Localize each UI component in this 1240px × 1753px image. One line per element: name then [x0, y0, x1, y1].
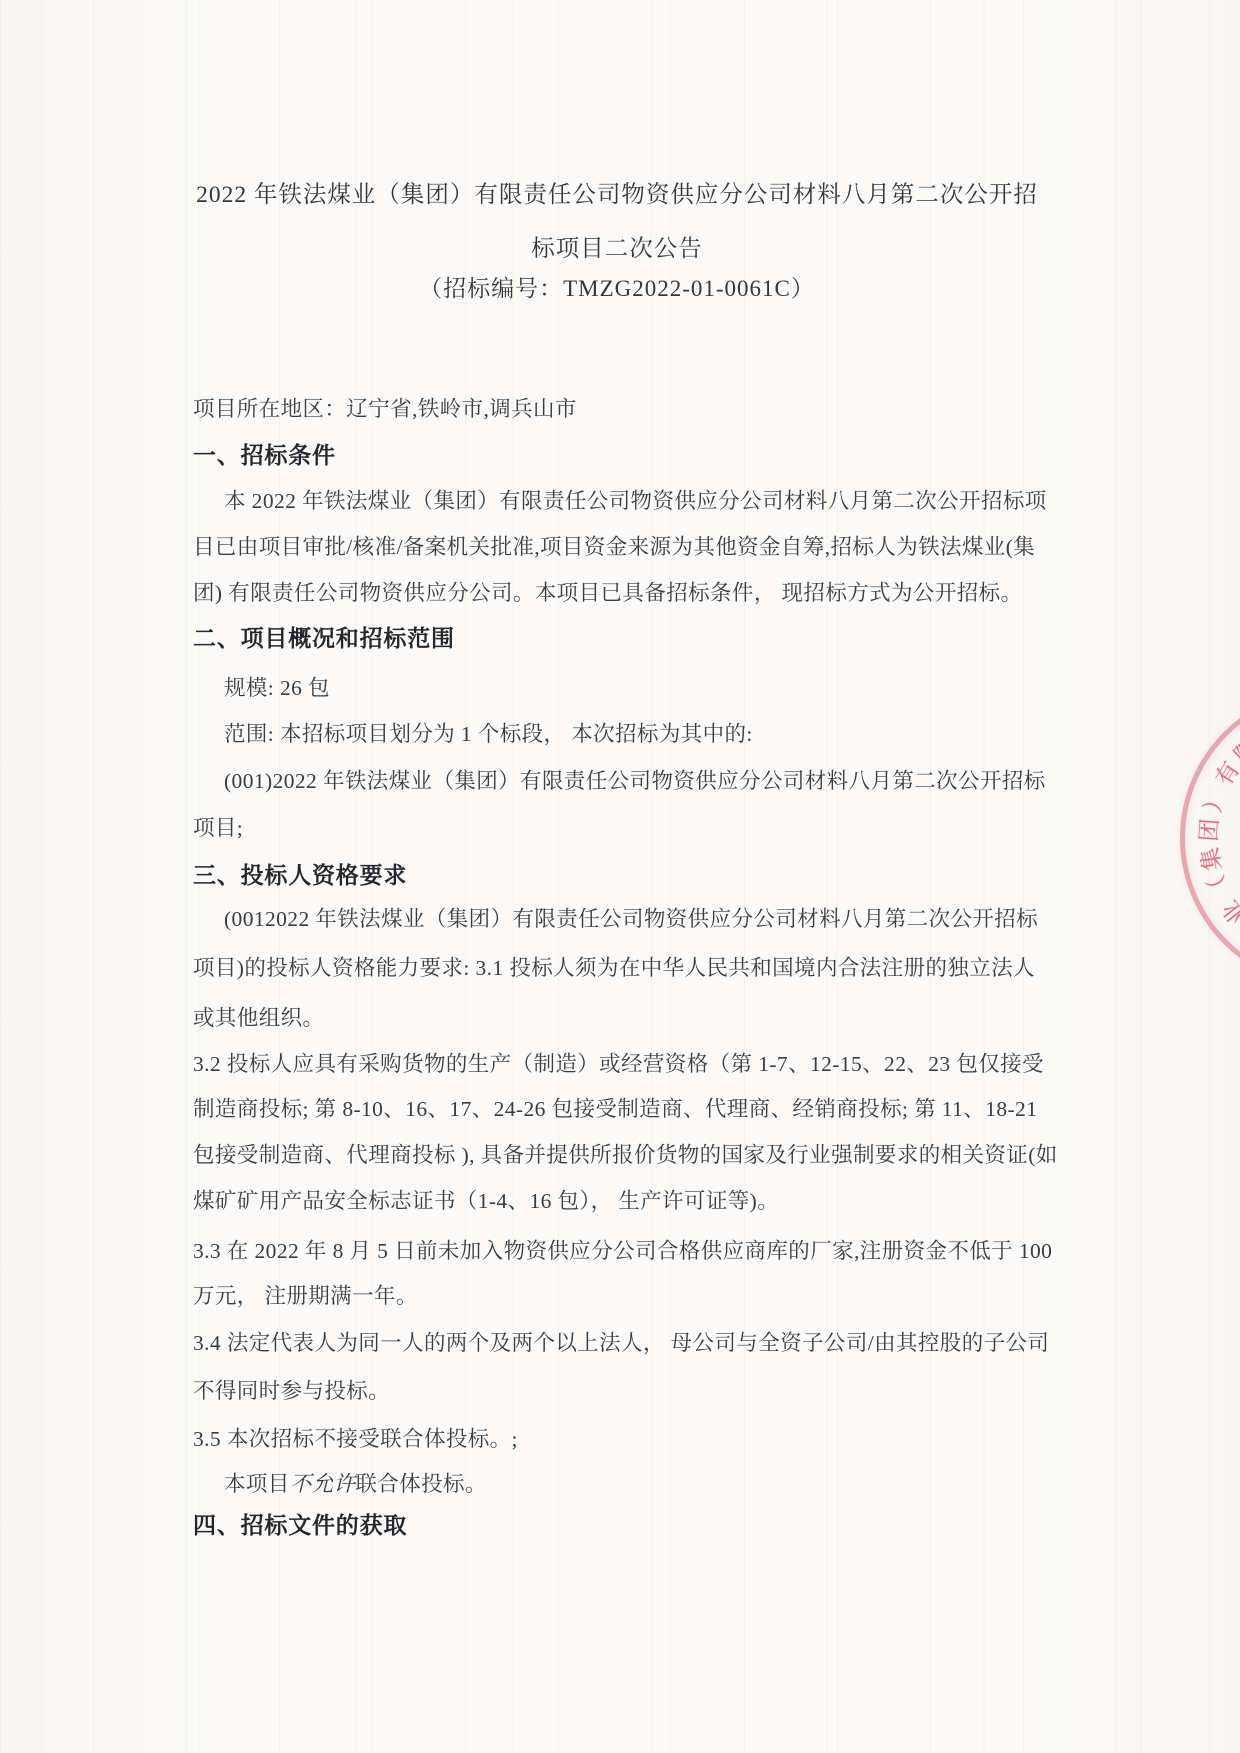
section3-line: 制造商投标; 第 8-10、16、17、24-26 包接受制造商、代理商、经销商… [193, 1096, 1037, 1123]
lot-description-line: (001)2022 年铁法煤业（集团）有限责任公司物资供应分公司材料八月第二次公… [224, 768, 1046, 795]
company-seal-char: 团 [1196, 816, 1224, 844]
section3-line: (0012022 年铁法煤业（集团）有限责任公司物资供应分公司材料八月第二次公开… [224, 906, 1038, 933]
company-seal-ring-icon [1180, 688, 1240, 988]
project-scale: 规模: 26 包 [224, 675, 330, 702]
company-seal-char: 业 [1217, 894, 1240, 930]
section3-line: 包接受制造商、代理商投标 ), 具备并提供所报价货物的国家及行业强制要求的相关资… [193, 1142, 1058, 1169]
tender-number: （招标编号：TMZG2022-01-0061C） [193, 275, 1041, 304]
heading-section-1: 一、招标条件 [193, 442, 336, 471]
company-seal-char: 有 [1210, 756, 1240, 792]
section3-line: 项目)的投标人资格能力要求: 3.1 投标人须为在中华人民共和国境内合法注册的独… [193, 955, 1035, 982]
company-seal-char: ） [1200, 785, 1233, 818]
company-seal-char: 限 [1229, 734, 1240, 771]
section3-line: 或其他组织。 [193, 1005, 324, 1032]
lot-description-line: 项目; [193, 815, 243, 842]
joint-bid-clause: 本项目不允许联合体投标。 [224, 1471, 487, 1498]
project-scope: 范围: 本招标项目划分为 1 个标段， 本次招标为其中的: [224, 721, 753, 748]
section1-line: 本 2022 年铁法煤业（集团）有限责任公司物资供应分公司材料八月第二次公开招标… [224, 488, 1047, 515]
project-location: 项目所在地区：辽宁省,铁岭市,调兵山市 [193, 396, 577, 423]
section3-line: 3.5 本次招标不接受联合体投标。; [193, 1426, 518, 1453]
section3-line: 3.3 在 2022 年 8 月 5 日前未加入物资供应分公司合格供应商库的厂家… [193, 1238, 1052, 1265]
joint-bid-clause-suffix: 联合体投标。 [355, 1472, 486, 1496]
section1-line: 团) 有限责任公司物资供应分公司。本项目已具备招标条件， 现招标方式为公开招标。 [193, 580, 1022, 607]
section3-line: 3.4 法定代表人为同一人的两个及两个以上法人， 母公司与全资子公司/由其控股的… [193, 1330, 1049, 1357]
section3-line: 万元， 注册期满一年。 [193, 1283, 418, 1310]
company-seal: 煤 业 （ 集 团 ） 有 限 [1180, 688, 1240, 988]
joint-bid-clause-emphasis: 不允许 [290, 1472, 356, 1496]
heading-section-4: 四、招标文件的获取 [193, 1512, 407, 1541]
section3-line: 3.2 投标人应具有采购货物的生产（制造）或经营资格（第 1-7、12-15、2… [193, 1051, 1044, 1078]
company-seal-char: （ [1203, 870, 1237, 904]
section1-line: 目已由项目审批/核准/备案机关批准,项目资金来源为其他资金自筹,招标人为铁法煤业… [193, 534, 1035, 561]
scanned-document-page: 2022 年铁法煤业（集团）有限责任公司物资供应分公司材料八月第二次公开招 标项… [0, 0, 1240, 1753]
joint-bid-clause-prefix: 本项目 [224, 1472, 290, 1496]
document-title-line1: 2022 年铁法煤业（集团）有限责任公司物资供应分公司材料八月第二次公开招 [193, 181, 1041, 210]
heading-section-2: 二、项目概况和招标范围 [193, 625, 455, 654]
company-seal-char: 集 [1197, 844, 1227, 874]
section3-line: 煤矿矿用产品安全标志证书（1-4、16 包）， 生产许可证等)。 [193, 1188, 779, 1215]
section3-line: 不得同时参与投标。 [193, 1378, 390, 1405]
document-title-line2: 标项目二次公告 [193, 235, 1041, 264]
heading-section-3: 三、投标人资格要求 [193, 862, 407, 891]
